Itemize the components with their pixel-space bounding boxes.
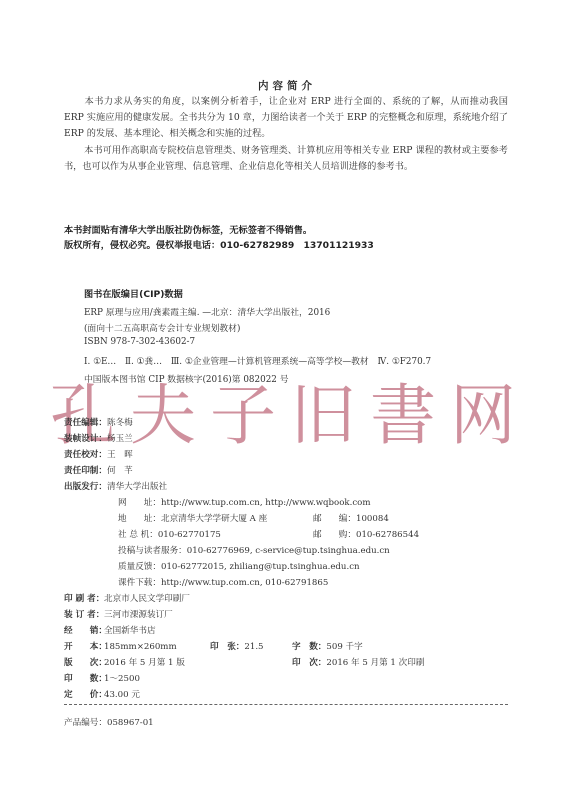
cip-line-series: (面向十二五高职高专会计专业规划教材)	[84, 321, 240, 334]
spec-printing-label: 印 次：	[292, 658, 326, 668]
intro-paragraph-1: 本书力求从务实的角度，以案例分析着手，让企业对 ERP 进行全面的、系统的了解，…	[64, 94, 508, 142]
spec-sheets-label: 印 张：	[210, 642, 244, 652]
publisher-mailorder-value: 010-62786544	[356, 530, 419, 540]
publisher-reader-service-value: 010-62776969, c-service@tup.tsinghua.edu…	[187, 546, 390, 556]
credit-proofreader-value: 王 晖	[107, 450, 133, 460]
spec-price-label: 定 价：	[64, 688, 104, 700]
intro-paragraph-2-text: 本书可用作高职高专院校信息管理类、财务管理类、计算机应用等相关专业 ERP 课程…	[64, 145, 508, 172]
publisher-address-value: 北京清华大学学研大厦 A 座	[161, 514, 267, 524]
intro-paragraph-2: 本书可用作高职高专院校信息管理类、财务管理类、计算机应用等相关专业 ERP 课程…	[64, 143, 508, 175]
credit-design: 装帧设计：杨玉兰	[64, 432, 133, 444]
publisher-quality-feedback-label: 质量反馈：	[118, 560, 161, 572]
publisher-address: 地 址：北京清华大学学研大厦 A 座	[118, 512, 267, 524]
spec-format: 开 本：185mm×260mm	[64, 640, 177, 652]
publisher-reader-service: 投稿与读者服务：010-62776969, c-service@tup.tsin…	[118, 544, 390, 556]
publisher-quality-feedback: 质量反馈：010-62772015, zhiliang@tup.tsinghua…	[118, 560, 360, 572]
spec-edition-value: 2016 年 5 月第 1 版	[104, 658, 185, 668]
spec-copies: 印 数：1～2500	[64, 672, 140, 684]
publisher-reader-service-label: 投稿与读者服务：	[118, 544, 187, 556]
publisher-postcode: 邮 编：100084	[313, 512, 389, 524]
credit-design-value: 杨玉兰	[107, 434, 133, 444]
publisher-mailorder-label: 邮 购：	[313, 530, 356, 540]
spec-printing-value: 2016 年 5 月第 1 次印刷	[326, 658, 424, 668]
credit-printing-manager-value: 何 芊	[107, 466, 133, 476]
spec-sheets: 印 张：21.5	[210, 640, 264, 652]
publisher-postcode-label: 邮 编：	[313, 514, 356, 524]
credit-printing-manager: 责任印制：何 芊	[64, 464, 133, 476]
anti-counterfeit-notice: 本书封面贴有清华大学出版社防伪标签，无标签者不得销售。	[64, 223, 312, 238]
spec-printer: 印 刷 者：北京市人民文学印刷厂	[64, 592, 190, 604]
publisher-switchboard-label: 社 总 机：	[118, 528, 158, 540]
publisher-courseware-download-link[interactable]: http://www.tup.com.cn, 010-62791865	[161, 578, 328, 588]
spec-printing: 印 次：2016 年 5 月第 1 次印刷	[292, 656, 424, 668]
cip-line-classification: Ⅰ. ①E… Ⅱ. ①龚… Ⅲ. ①企业管理—计算机管理系统—高等学校—教材 Ⅳ…	[84, 354, 431, 367]
spec-printer-label: 印 刷 者：	[64, 592, 104, 604]
spec-printer-value: 北京市人民文学印刷厂	[104, 594, 190, 604]
credit-proofreader: 责任校对：王 晖	[64, 448, 133, 460]
spec-copies-value: 1～2500	[104, 674, 140, 684]
publisher-website: 网 址：http://www.tup.com.cn, http://www.wq…	[118, 496, 370, 508]
publisher-courseware-download: 课件下载：http://www.tup.com.cn, 010-62791865	[118, 576, 328, 588]
copyright-page: 内容简介 本书力求从务实的角度，以案例分析着手，让企业对 ERP 进行全面的、系…	[0, 0, 574, 800]
spec-binder-label: 装 订 者：	[64, 608, 104, 620]
credit-design-label: 装帧设计：	[64, 434, 107, 444]
intro-paragraph-1-text: 本书力求从务实的角度，以案例分析着手，让企业对 ERP 进行全面的、系统的了解，…	[64, 96, 508, 139]
publisher-quality-feedback-value: 010-62772015, zhiliang@tup.tsinghua.edu.…	[161, 562, 360, 572]
spec-edition: 版 次：2016 年 5 月第 1 版	[64, 656, 185, 668]
credit-proofreader-label: 责任校对：	[64, 450, 107, 460]
spec-price-value: 43.00 元	[104, 690, 140, 700]
intro-title: 内容简介	[0, 78, 574, 93]
cip-line-isbn: ISBN 978-7-302-43602-7	[84, 337, 195, 347]
copyright-notice: 版权所有，侵权必究。侵权举报电话：010-62782989 1370112193…	[64, 238, 374, 253]
credit-editor-value: 陈冬梅	[107, 418, 133, 428]
spec-price: 定 价：43.00 元	[64, 688, 140, 700]
spec-binder: 装 订 者：三河市溧源装订厂	[64, 608, 173, 620]
product-code-value: 058967-01	[107, 718, 154, 728]
spec-sheets-value: 21.5	[244, 642, 263, 652]
credit-editor: 责任编辑：陈冬梅	[64, 416, 133, 428]
spec-binder-value: 三河市溧源装订厂	[104, 610, 173, 620]
cip-line-title: ERP 原理与应用/龚素霞主编. —北京：清华大学出版社，2016	[84, 305, 330, 318]
spec-format-value: 185mm×260mm	[104, 642, 177, 652]
product-code: 产品编号：058967-01	[64, 716, 154, 728]
spec-distributor-value: 全国新华书店	[104, 626, 156, 636]
publisher-website-label: 网 址：	[118, 496, 161, 508]
credit-publisher: 出版发行：清华大学出版社	[64, 480, 167, 492]
publisher-switchboard: 社 总 机：010-62770175	[118, 528, 221, 540]
spec-distributor-label: 经 销：	[64, 624, 104, 636]
publisher-address-label: 地 址：	[118, 512, 161, 524]
publisher-postcode-value: 100084	[356, 514, 389, 524]
cip-line-verification: 中国版本图书馆 CIP 数据核字(2016)第 082022 号	[84, 372, 289, 385]
credit-publisher-value: 清华大学出版社	[107, 482, 167, 492]
publisher-mailorder: 邮 购：010-62786544	[313, 528, 419, 540]
publisher-courseware-download-label: 课件下载：	[118, 576, 161, 588]
credit-editor-label: 责任编辑：	[64, 418, 107, 428]
spec-word-count-value: 509 千字	[326, 642, 362, 652]
spec-copies-label: 印 数：	[64, 672, 104, 684]
spec-distributor: 经 销：全国新华书店	[64, 624, 156, 636]
credit-publisher-label: 出版发行：	[64, 482, 107, 492]
credit-printing-manager-label: 责任印制：	[64, 466, 107, 476]
publisher-website-link[interactable]: http://www.tup.com.cn, http://www.wqbook…	[161, 498, 371, 508]
product-code-label: 产品编号：	[64, 718, 107, 728]
dashed-divider	[64, 704, 508, 705]
spec-word-count-label: 字 数：	[292, 642, 326, 652]
spec-edition-label: 版 次：	[64, 656, 104, 668]
cip-heading: 图书在版编目(CIP)数据	[84, 286, 183, 300]
spec-format-label: 开 本：	[64, 640, 104, 652]
spec-word-count: 字 数：509 千字	[292, 640, 363, 652]
publisher-switchboard-value: 010-62770175	[158, 530, 221, 540]
